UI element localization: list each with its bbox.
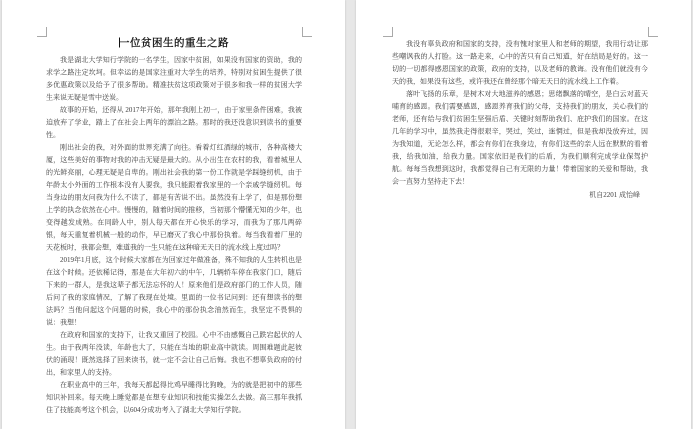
paragraph: 2019年1月底，这个时候大家都在为回家过年做准备，殊不知我的人生转机也是在这个…	[46, 254, 302, 329]
document-title: 一位贫困生的重生之路	[46, 36, 302, 50]
signature: 机自2201 成怡峰	[392, 189, 648, 202]
margin-mark-top-right	[302, 27, 312, 37]
paragraph: 我没有辜负政府和国家的支持，没有愧对家里人和老师的期望，我用行动让那些嘲讽我的人…	[392, 38, 648, 88]
page-gap	[345, 0, 356, 429]
page-1-text-area[interactable]: 一位贫困生的重生之路 我是湖北大学知行学院的一名学生，因家中贫困，如果没有国家的…	[46, 36, 302, 417]
document-canvas: 一位贫困生的重生之路 我是湖北大学知行学院的一名学生，因家中贫困，如果没有国家的…	[0, 0, 693, 429]
page-2-body: 我没有辜负政府和国家的支持，没有愧对家里人和老师的期望，我用行动让那些嘲讽我的人…	[392, 38, 648, 188]
paragraph: 我是湖北大学知行学院的一名学生，因家中贫困，如果没有国家的资助，我的求学之路注定…	[46, 54, 302, 104]
margin-mark-top-right	[648, 27, 658, 37]
document-title-text: 一位贫困生的重生之路	[119, 37, 229, 49]
margin-mark-top-left	[383, 27, 393, 37]
paragraph: 故事的开始，还得从 2017年开始，那年我刚上初一，由于家里条件困难，我被迫放弃…	[46, 104, 302, 142]
paragraph: 落叶飞扬的乐章，是树木对大地滋养的感恩；思绪飘落的晴空，是白云对蓝天哺育的感恩。…	[392, 88, 648, 188]
page-2[interactable]: 我没有辜负政府和国家的支持，没有愧对家里人和老师的期望，我用行动让那些嘲讽我的人…	[356, 0, 691, 429]
page-2-text-area[interactable]: 我没有辜负政府和国家的支持，没有愧对家里人和老师的期望，我用行动让那些嘲讽我的人…	[392, 38, 648, 202]
paragraph: 在政府和国家的支持下，让我又重回了校园。心中不由感慨自己跌宕起伏的人生。由于我两…	[46, 329, 302, 379]
page-1[interactable]: 一位贫困生的重生之路 我是湖北大学知行学院的一名学生，因家中贫困，如果没有国家的…	[2, 0, 345, 429]
paragraph: 刚出社会的我，对外面的世界充满了向往。看着灯红酒绿的城市，各种高楼大厦，这些美好…	[46, 142, 302, 255]
paragraph: 在职业高中的三年，我每天都起得比鸡早睡得比狗晚，为的就是把初中的那些知识补回来。…	[46, 379, 302, 417]
page-1-body: 我是湖北大学知行学院的一名学生，因家中贫困，如果没有国家的资助，我的求学之路注定…	[46, 54, 302, 417]
